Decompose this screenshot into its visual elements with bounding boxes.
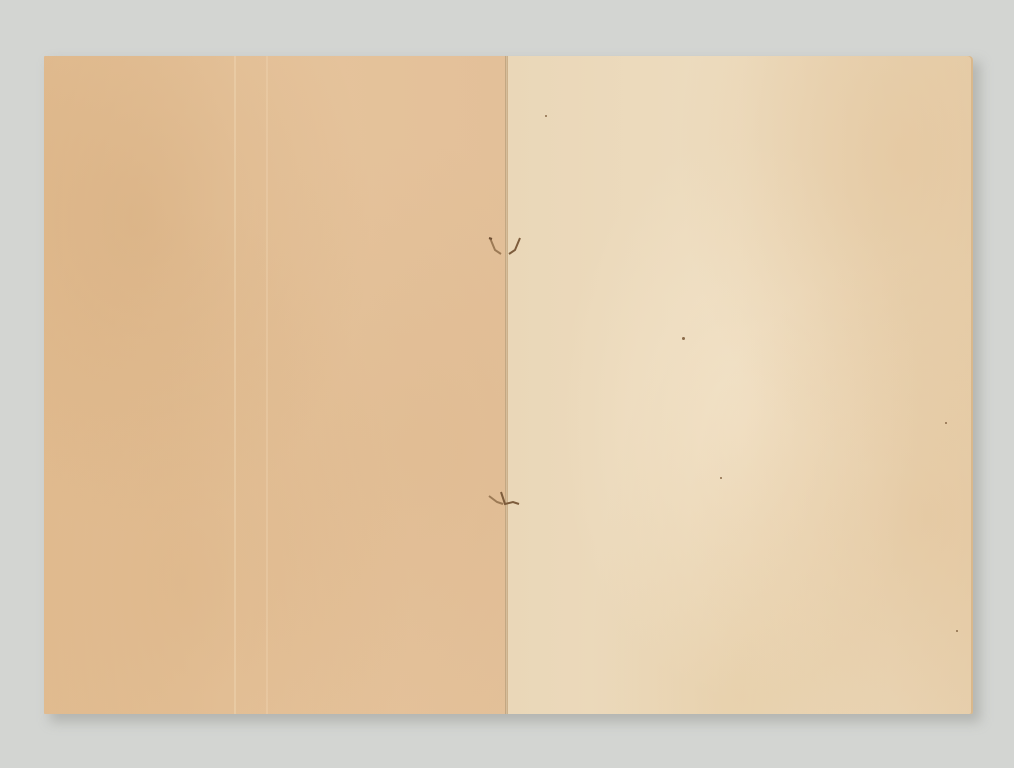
top-staple-icon <box>487 236 523 258</box>
left-page-text <box>44 56 45 57</box>
right-page <box>507 56 973 714</box>
paper-speck <box>956 630 958 632</box>
paper-speck <box>945 422 947 424</box>
center-fold <box>505 56 508 714</box>
paper-speck <box>682 337 685 340</box>
paper-speck <box>720 477 722 479</box>
photo-scene: Open blank aged booklet with two staples… <box>0 0 1014 768</box>
left-page <box>44 56 506 714</box>
bottom-staple-icon <box>487 490 523 512</box>
scene-description: Open blank aged booklet with two staples… <box>0 0 1 1</box>
paper-speck <box>545 115 547 117</box>
